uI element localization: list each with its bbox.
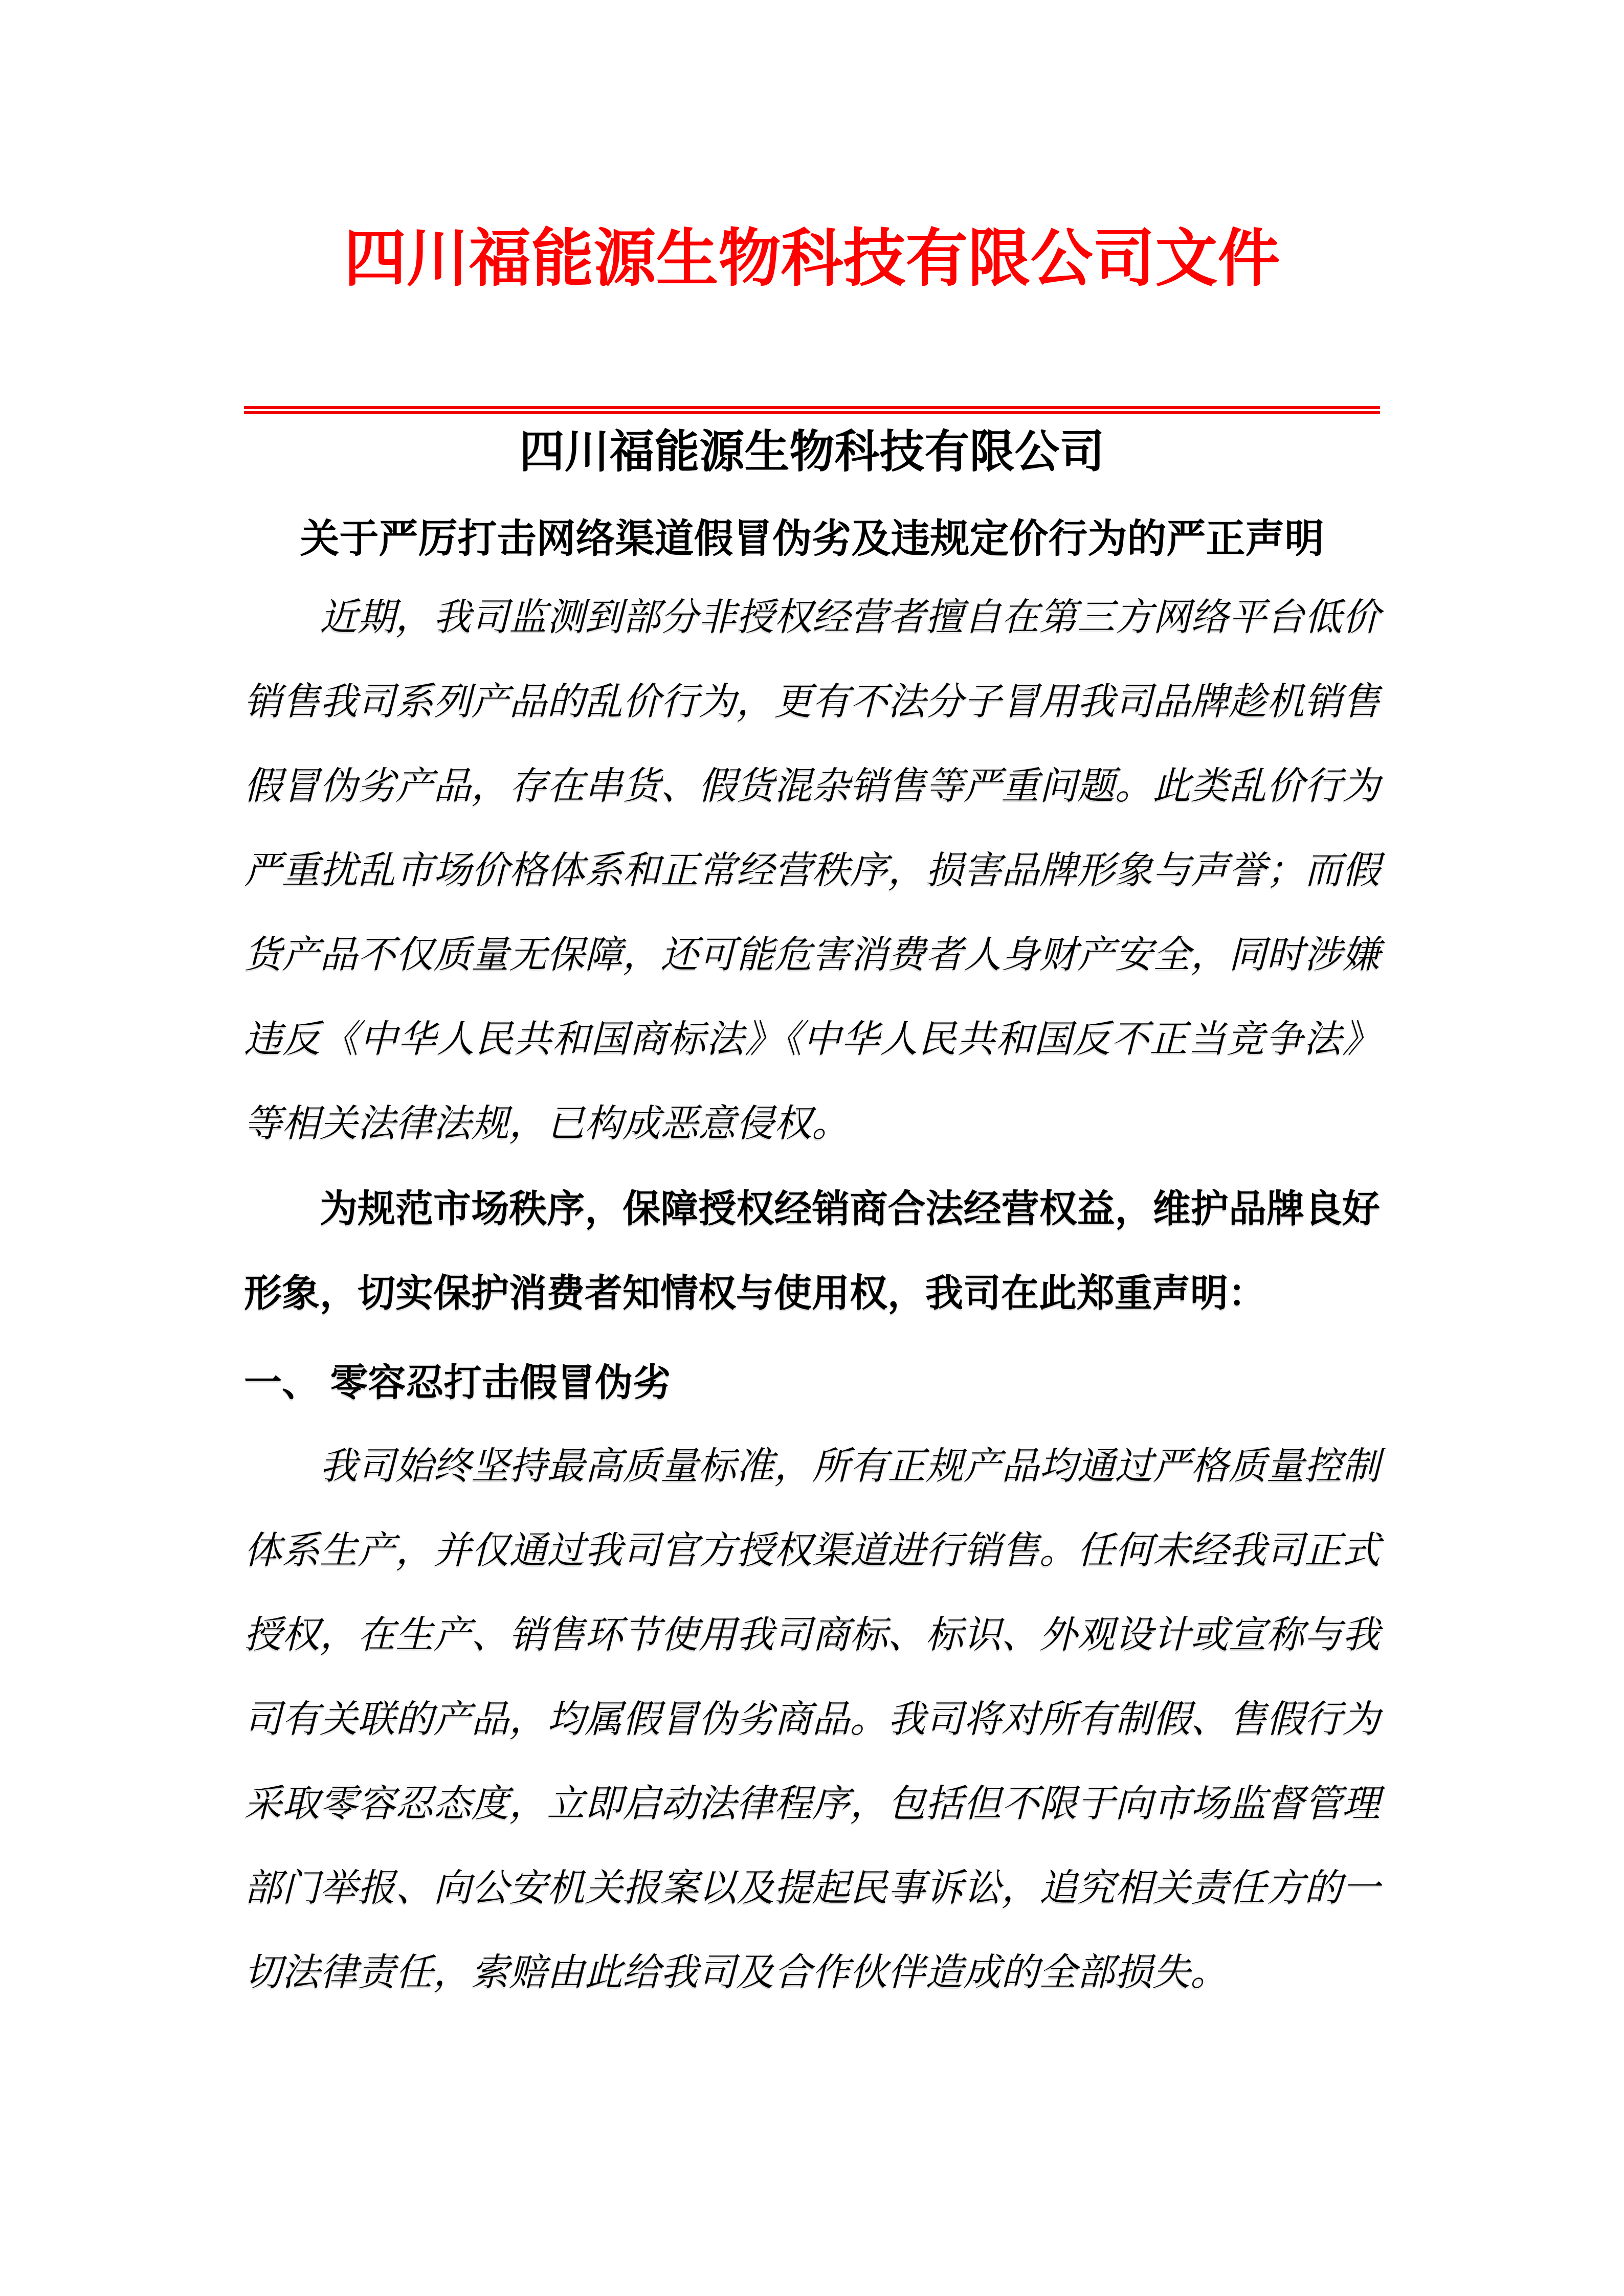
document-page: 四川福能源生物科技有限公司文件 四川福能源生物科技有限公司 关于严厉打击网络渠道… [0, 0, 1624, 2296]
section-heading-1: 一、 零容忍打击假冒伪劣 [244, 1340, 1380, 1425]
paragraph-declaration: 为规范市场秩序，保障授权经销商合法经营权益，维护品牌良好形象，切实保护消费者知情… [244, 1166, 1380, 1335]
document-content: 四川福能源生物科技有限公司文件 四川福能源生物科技有限公司 关于严厉打击网络渠道… [0, 220, 1624, 2015]
statement-title: 关于严厉打击网络渠道假冒伪劣及违规定价行为的严正声明 [244, 510, 1380, 568]
letterhead-divider-line [244, 406, 1380, 414]
letterhead-title: 四川福能源生物科技有限公司文件 [244, 220, 1380, 297]
paragraph-section-1: 我司始终坚持最高质量标准，所有正规产品均通过严格质量控制体系生产，并仅通过我司官… [244, 1425, 1380, 2015]
company-name-heading: 四川福能源生物科技有限公司 [244, 423, 1380, 480]
paragraph-intro: 近期，我司监测到部分非授权经营者擅自在第三方网络平台低价销售我司系列产品的乱价行… [244, 576, 1380, 1166]
